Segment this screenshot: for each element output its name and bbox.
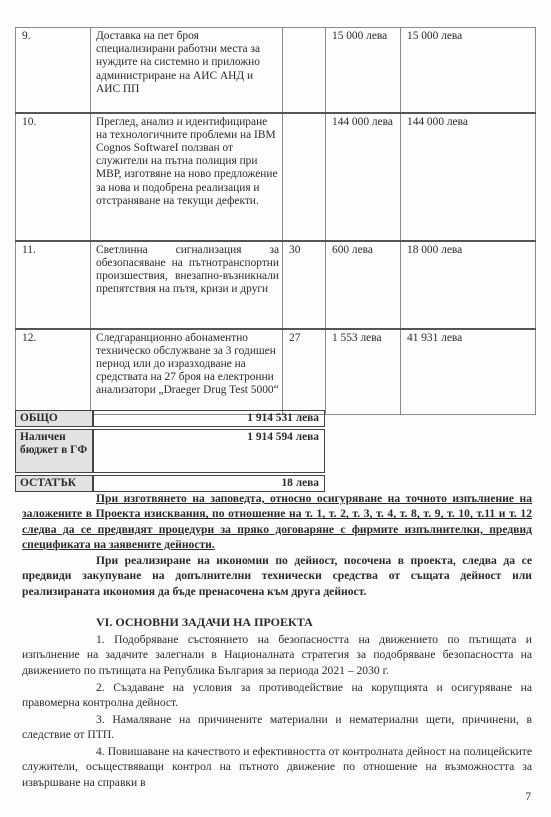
table-row: 9. Доставка на пет броя специализирани р… bbox=[16, 28, 536, 113]
row-description: Следгаранционно абонаментно техническо о… bbox=[91, 329, 283, 415]
task-item-4: 4. Повишаване на качеството и ефективнос… bbox=[22, 744, 532, 790]
savings-note: При реализиране на икономии по дейност, … bbox=[22, 553, 532, 599]
row-quantity: 30 bbox=[283, 241, 326, 329]
budget-label: Наличен бюджет в ГФ bbox=[15, 429, 93, 473]
row-total: 15 000 лева bbox=[401, 28, 536, 113]
row-unit-price: 600 лева bbox=[326, 241, 401, 329]
remainder-label: ОСТАТЪК bbox=[15, 475, 93, 492]
row-unit-price: 1 553 лева bbox=[326, 329, 401, 415]
document-page: 9. Доставка на пет броя специализирани р… bbox=[0, 0, 551, 817]
task-item-3: 3. Намаляване на причинените материални … bbox=[22, 712, 532, 743]
summary-row-budget: Наличен бюджет в ГФ 1 914 594 лева bbox=[15, 429, 325, 473]
row-unit-price: 15 000 лева bbox=[326, 28, 401, 113]
page-number: 7 bbox=[525, 790, 531, 803]
row-description: Доставка на пет броя специализирани рабо… bbox=[91, 28, 283, 113]
row-description: Преглед, анализ и идентифициране на техн… bbox=[91, 113, 283, 241]
row-quantity: 27 bbox=[283, 329, 326, 415]
task-item-2: 2. Създаване на условия за противодейств… bbox=[22, 680, 532, 711]
budget-summary-table: ОБЩО 1 914 531 лева Наличен бюджет в ГФ … bbox=[15, 408, 325, 494]
row-number: 9. bbox=[16, 28, 91, 113]
row-number: 11. bbox=[16, 241, 91, 329]
row-total: 144 000 лева bbox=[401, 113, 536, 241]
row-total: 18 000 лева bbox=[401, 241, 536, 329]
summary-row-remainder: ОСТАТЪК 18 лева bbox=[15, 475, 325, 492]
table-row: 10. Преглед, анализ и идентифициране на … bbox=[16, 113, 536, 241]
row-quantity bbox=[283, 28, 326, 113]
task-item-1: 1. Подобряване състоянието на безопаснос… bbox=[22, 632, 532, 678]
row-unit-price: 144 000 лева bbox=[326, 113, 401, 241]
row-number: 10. bbox=[16, 113, 91, 241]
summary-row-total: ОБЩО 1 914 531 лева bbox=[15, 410, 325, 427]
activities-table: 9. Доставка на пет броя специализирани р… bbox=[15, 27, 536, 415]
remainder-value: 18 лева bbox=[93, 475, 325, 492]
row-quantity bbox=[283, 113, 326, 241]
total-value: 1 914 531 лева bbox=[93, 410, 325, 427]
total-label: ОБЩО bbox=[15, 410, 93, 427]
table-row: 12. Следгаранционно абонаментно техничес… bbox=[16, 329, 536, 415]
section-heading: VI. ОСНОВНИ ЗАДАЧИ НА ПРОЕКТА bbox=[96, 615, 313, 630]
row-total: 41 931 лева bbox=[401, 329, 536, 415]
row-description: Светлинна сигнализация за обезопасяване … bbox=[91, 241, 283, 329]
budget-value: 1 914 594 лева bbox=[93, 429, 325, 473]
table-row: 11. Светлинна сигнализация за обезопасяв… bbox=[16, 241, 536, 329]
row-number: 12. bbox=[16, 329, 91, 415]
procurement-note: При изготвянето на заповедта, относно ос… bbox=[22, 491, 532, 553]
